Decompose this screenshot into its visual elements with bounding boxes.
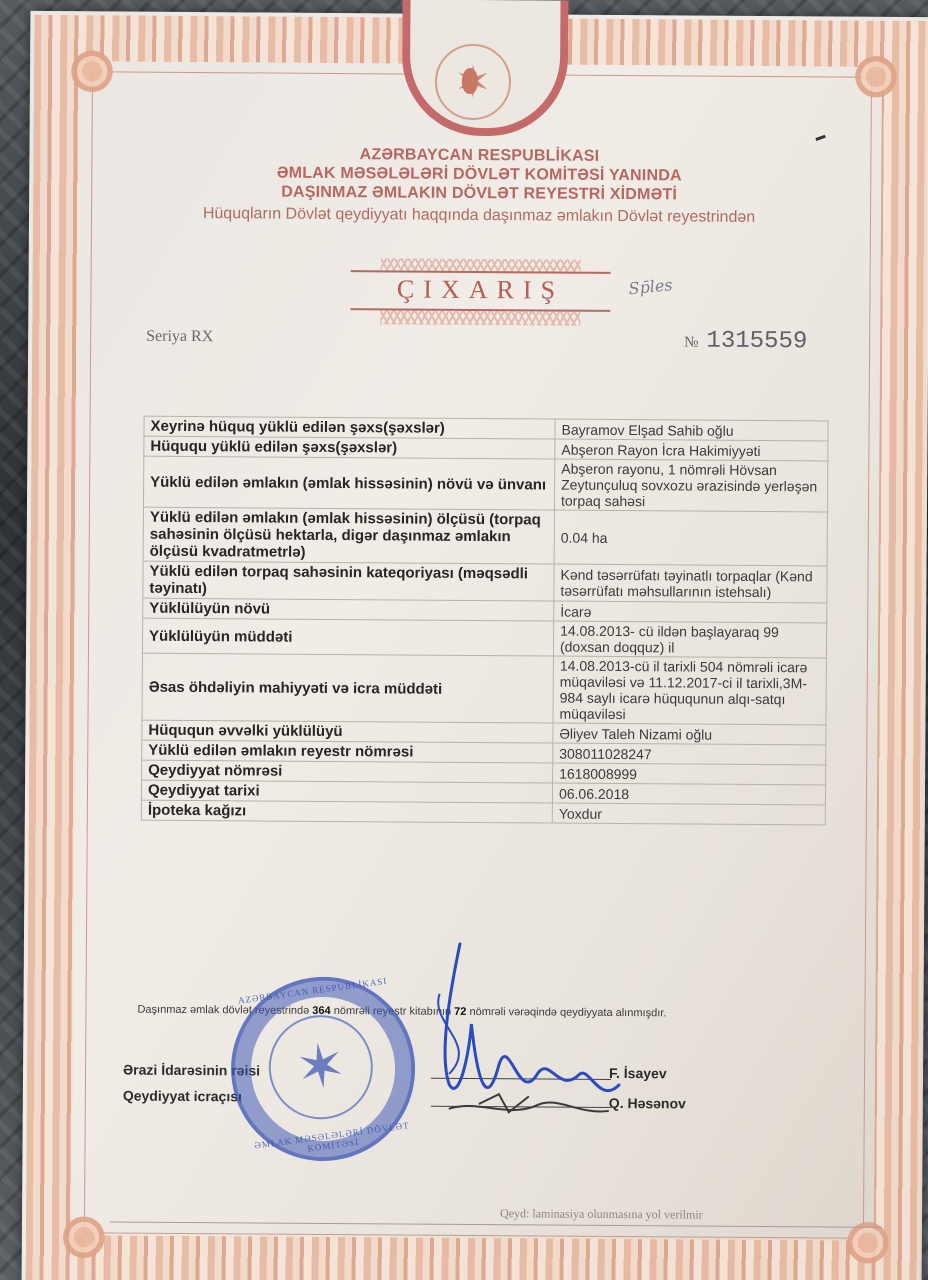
table-row: Yüklü edilən əmlakın (əmlak hissəsinin) … [143, 507, 827, 566]
number-prefix: № [684, 334, 698, 350]
signature-icon [419, 934, 650, 1136]
row-label: Yüklü edilən əmlakın (əmlak hissəsinin) … [143, 456, 554, 510]
stamp-star-icon: ✶ [262, 1009, 379, 1126]
table-row: İpoteka kağızıYoxdur [141, 800, 825, 825]
signatory-role-2: Qeydiyyat icraçısı [123, 1088, 242, 1105]
document-title: ÇIXARIŞ [350, 274, 610, 306]
title-rule-top [351, 270, 611, 274]
corner-rosette-icon [60, 1213, 108, 1261]
row-value: 308011028247 [553, 743, 826, 765]
row-label: Qeydiyyat nömrəsi [142, 760, 553, 783]
row-value: Abşeron rayonu, 1 nömrəli Hövsan Zeytunç… [554, 459, 827, 512]
table-row: Yüklü edilən torpaq sahəsinin kateqoriya… [143, 561, 827, 603]
certificate-paper: ✶ AZƏRBAYCAN RESPUBLİKASI ƏMLAK MƏSƏLƏLƏ… [22, 11, 928, 1280]
row-label: İpoteka kağızı [141, 800, 552, 823]
row-label: Yüklü edilən torpaq sahəsinin kateqoriya… [143, 561, 554, 601]
table-row: Əsas öhdəliyin mahiyyəti və icra müddəti… [142, 653, 826, 725]
row-label: Yüklü edilən əmlakın reyestr nömrəsi [142, 740, 553, 763]
footer-note: Qeyd: laminasiya olunmasına yol verilmir [500, 1206, 703, 1222]
row-value: 14.08.2013-cü il tarixli 504 nömrəli ica… [553, 656, 826, 725]
row-value: 14.08.2013- cü ildən başlayaraq 99 (doxs… [553, 621, 826, 658]
series-label: Seriya RX [146, 328, 213, 346]
row-label: Yüklülüyün müddəti [142, 618, 553, 656]
table-row: Yüklü edilən əmlakın (əmlak hissəsinin) … [143, 456, 827, 512]
document-header: AZƏRBAYCAN RESPUBLİKASI ƏMLAK MƏSƏLƏLƏRİ… [29, 143, 928, 228]
row-value: 0.04 ha [554, 510, 827, 566]
corner-rosette-icon [852, 53, 900, 101]
row-value: Kənd təsərrüfatı təyinatlı torpaqlar (Kə… [554, 564, 827, 603]
corner-rosette-icon [68, 47, 116, 95]
number-value: 1315559 [706, 328, 807, 356]
row-label: Əsas öhdəliyin mahiyyəti və icra müddəti [142, 653, 553, 723]
row-value: Abşeron Rayon İcra Hakimiyyəti [555, 439, 828, 461]
document-title-block: ÇIXARIŞ [350, 258, 610, 320]
registry-table: Xeyrinə hüquq yüklü edilən şəxs(şəxslər)… [141, 416, 829, 826]
row-value: İcarə [554, 601, 827, 623]
row-value: Əliyev Taleh Nizami oğlu [553, 723, 826, 745]
document-number: №1315559 [684, 327, 807, 355]
row-label: Qeydiyyat tarixi [141, 780, 552, 803]
row-value: 1618008999 [553, 763, 826, 785]
table-row: Yüklülüyün müddəti14.08.2013- cü ildən b… [142, 618, 826, 658]
row-label: Hüququn əvvəlki yüklülüyü [142, 720, 553, 743]
title-ornament-bottom [380, 310, 580, 325]
row-value: Yoxdur [552, 803, 825, 825]
row-value: 06.06.2018 [552, 783, 825, 805]
row-label: Yüklü edilən əmlakın (əmlak hissəsinin) … [143, 507, 554, 564]
row-value: Bayramov Elşad Sahib oğlu [555, 419, 828, 441]
flame-icon [462, 68, 478, 94]
